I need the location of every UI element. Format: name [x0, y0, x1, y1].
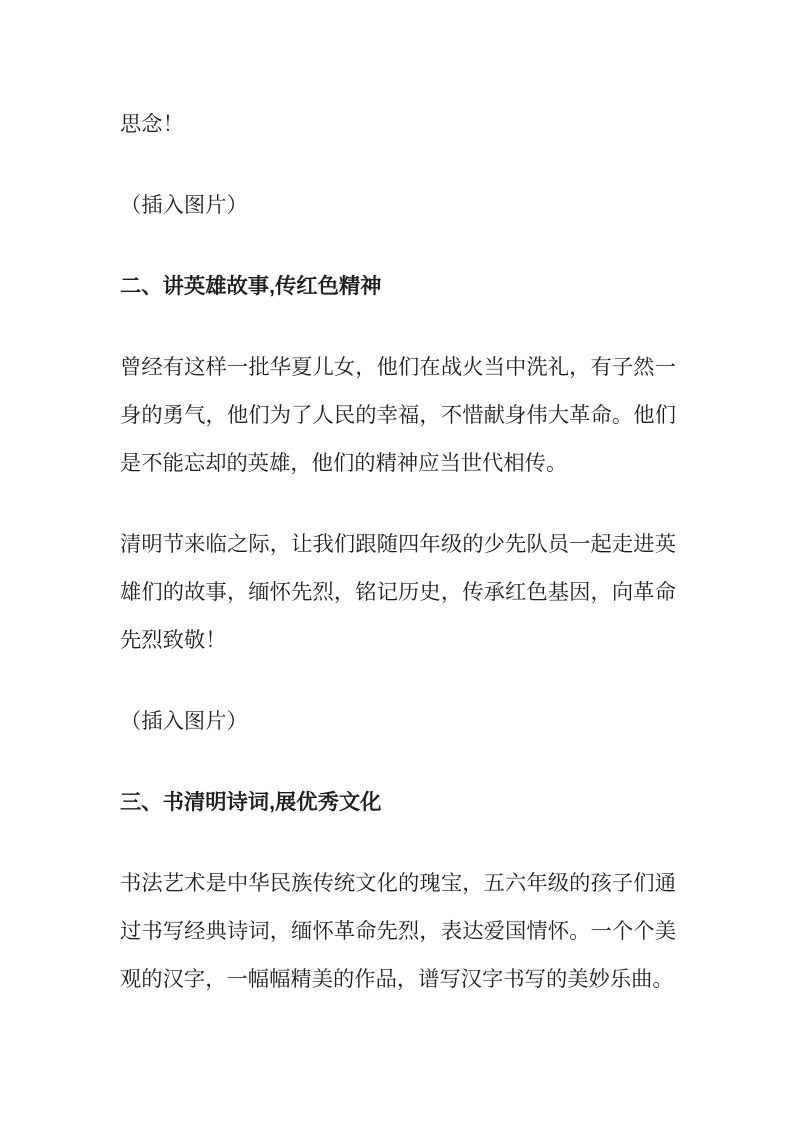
- section-heading-3-calligraphy: 三、书清明诗词,展优秀文化: [120, 778, 676, 826]
- document-page: 思念！ （插入图片） 二、讲英雄故事,传红色精神 曾经有这样一批华夏儿女，他们在…: [0, 0, 793, 1122]
- section-heading-2-hero-stories: 二、讲英雄故事,传红色精神: [120, 262, 676, 310]
- paragraph-calligraphy-description: 书法艺术是中华民族传统文化的瑰宝，五六年级的孩子们通过书写经典诗词，缅怀革命先烈…: [120, 859, 676, 1003]
- document-body: 思念！ （插入图片） 二、讲英雄故事,传红色精神 曾经有这样一批华夏儿女，他们在…: [120, 100, 676, 1003]
- paragraph-qingming-tribute: 清明节来临之际，让我们跟随四年级的少先队员一起走进英雄们的故事，缅怀先烈，铭记历…: [120, 520, 676, 664]
- paragraph-hero-description: 曾经有这样一批华夏儿女，他们在战火当中洗礼，有子然一身的勇气，他们为了人民的幸福…: [120, 343, 676, 487]
- image-placeholder-note-1: （插入图片）: [120, 181, 676, 229]
- image-placeholder-note-2: （插入图片）: [120, 697, 676, 745]
- paragraph-closing-exclamation: 思念！: [120, 100, 676, 148]
